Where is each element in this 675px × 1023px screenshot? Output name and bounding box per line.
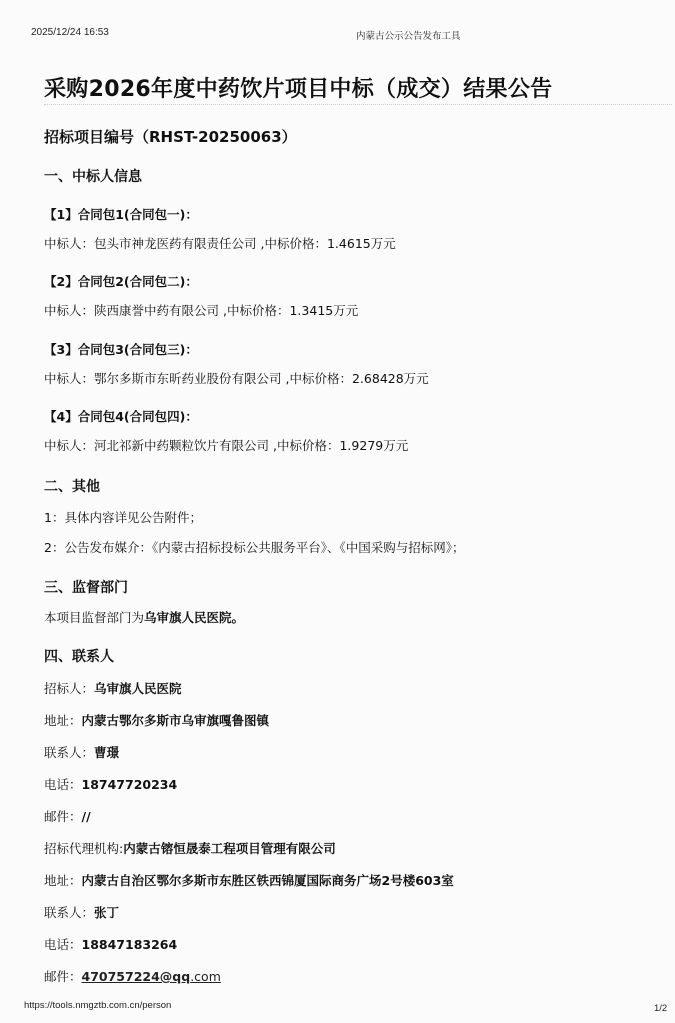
- email-user: 470757224@qq: [82, 969, 191, 984]
- print-footer-url: https://tools.nmgztb.com.cn/person: [24, 1000, 171, 1011]
- package-winner-line: 中标人：包头市神龙医药有限责任公司 ,中标价格：1.4615万元: [44, 234, 396, 252]
- field-label: 联系人：: [44, 905, 94, 920]
- other-item: 2：公告发布媒介：《内蒙古招标投标公共服务平台》、《中国采购与招标网》；: [44, 538, 464, 556]
- winner-label: 中标人：: [44, 438, 94, 453]
- agency-contact-line: 联系人：张丁: [44, 903, 119, 921]
- tenderer-email-line: 邮件：//: [44, 807, 91, 825]
- page-number: 1/2: [654, 1003, 667, 1014]
- tenderer-address-line: 地址：内蒙古鄂尔多斯市乌审旗嘎鲁图镇: [44, 711, 269, 729]
- package-label: 【1】合同包1(合同包一)：: [44, 205, 198, 223]
- field-label: 招标代理机构:: [44, 841, 123, 856]
- package-label: 【3】合同包3(合同包三)：: [44, 340, 198, 358]
- agency-phone-line: 电话：18847183264: [44, 935, 177, 953]
- price-value: 1.4615万元: [327, 236, 396, 251]
- page-title: 采购2026年度中药饮片项目中标（成交）结果公告: [44, 72, 552, 103]
- project-number: 招标项目编号（RHST-20250063）: [44, 126, 297, 147]
- agency-email-line: 邮件：470757224@qq.com: [44, 967, 221, 985]
- package-label: 【4】合同包4(合同包四)：: [44, 407, 198, 425]
- package-winner-line: 中标人：河北祁新中药颗粒饮片有限公司 ,中标价格：1.9279万元: [44, 436, 408, 454]
- winner-name: 陕西康誉中药有限公司: [94, 303, 219, 318]
- tenderer-phone: 18747720234: [82, 777, 178, 792]
- email-domain: .com: [190, 969, 221, 984]
- field-label: 招标人：: [44, 681, 94, 696]
- package-winner-line: 中标人：鄂尔多斯市东昕药业股份有限公司 ,中标价格：2.68428万元: [44, 369, 429, 387]
- field-label: 电话：: [44, 937, 82, 952]
- supervision-text: 本项目监督部门为乌审旗人民医院。: [44, 608, 244, 626]
- title-divider: [44, 104, 672, 105]
- field-label: 电话：: [44, 777, 82, 792]
- other-item: 1：具体内容详见公告附件；: [44, 508, 202, 526]
- field-label: 地址：: [44, 873, 82, 888]
- winner-name: 包头市神龙医药有限责任公司: [94, 236, 257, 251]
- agency-email-link[interactable]: 470757224@qq.com: [82, 969, 221, 984]
- section-heading-winners: 一、中标人信息: [44, 166, 142, 186]
- winner-label: 中标人：: [44, 236, 94, 251]
- agency-name: 内蒙古镕恒晟泰工程项目管理有限公司: [123, 841, 336, 856]
- section-heading-contacts: 四、联系人: [44, 646, 114, 666]
- winner-name: 河北祁新中药颗粒饮片有限公司: [94, 438, 269, 453]
- price-label: ,中标价格：: [269, 438, 339, 453]
- tenderer-name: 乌审旗人民医院: [94, 681, 182, 696]
- agency-address: 内蒙古自治区鄂尔多斯市东胜区铁西锦厦国际商务广场2号楼603室: [82, 873, 454, 888]
- winner-label: 中标人：: [44, 303, 94, 318]
- tenderer-address: 内蒙古鄂尔多斯市乌审旗嘎鲁图镇: [82, 713, 270, 728]
- agency-name-line: 招标代理机构:内蒙古镕恒晟泰工程项目管理有限公司: [44, 839, 336, 857]
- price-value: 1.9279万元: [339, 438, 408, 453]
- price-value: 2.68428万元: [352, 371, 429, 386]
- tenderer-contact-line: 联系人：曹璟: [44, 743, 119, 761]
- supervision-department: 乌审旗人民医院。: [144, 610, 244, 625]
- agency-contact: 张丁: [94, 905, 119, 920]
- tenderer-name-line: 招标人：乌审旗人民医院: [44, 679, 182, 697]
- field-label: 地址：: [44, 713, 82, 728]
- print-datetime: 2025/12/24 16:53: [31, 27, 109, 38]
- price-label: ,中标价格：: [282, 371, 352, 386]
- supervision-prefix: 本项目监督部门为: [44, 610, 144, 625]
- winner-name: 鄂尔多斯市东昕药业股份有限公司: [94, 371, 282, 386]
- section-heading-supervision: 三、监督部门: [44, 577, 128, 597]
- winner-label: 中标人：: [44, 371, 94, 386]
- price-label: ,中标价格：: [219, 303, 289, 318]
- price-label: ,中标价格：: [257, 236, 327, 251]
- field-label: 联系人：: [44, 745, 94, 760]
- tenderer-email: //: [82, 809, 91, 824]
- tenderer-contact: 曹璟: [94, 745, 119, 760]
- field-label: 邮件：: [44, 809, 82, 824]
- agency-phone: 18847183264: [82, 937, 178, 952]
- field-label: 邮件：: [44, 969, 82, 984]
- price-value: 1.3415万元: [289, 303, 358, 318]
- agency-address-line: 地址：内蒙古自治区鄂尔多斯市东胜区铁西锦厦国际商务广场2号楼603室: [44, 871, 454, 889]
- package-label: 【2】合同包2(合同包二)：: [44, 272, 198, 290]
- package-winner-line: 中标人：陕西康誉中药有限公司 ,中标价格：1.3415万元: [44, 301, 358, 319]
- section-heading-other: 二、其他: [44, 476, 100, 496]
- tenderer-phone-line: 电话：18747720234: [44, 775, 177, 793]
- print-tool-title: 内蒙古公示公告发布工具: [356, 28, 461, 42]
